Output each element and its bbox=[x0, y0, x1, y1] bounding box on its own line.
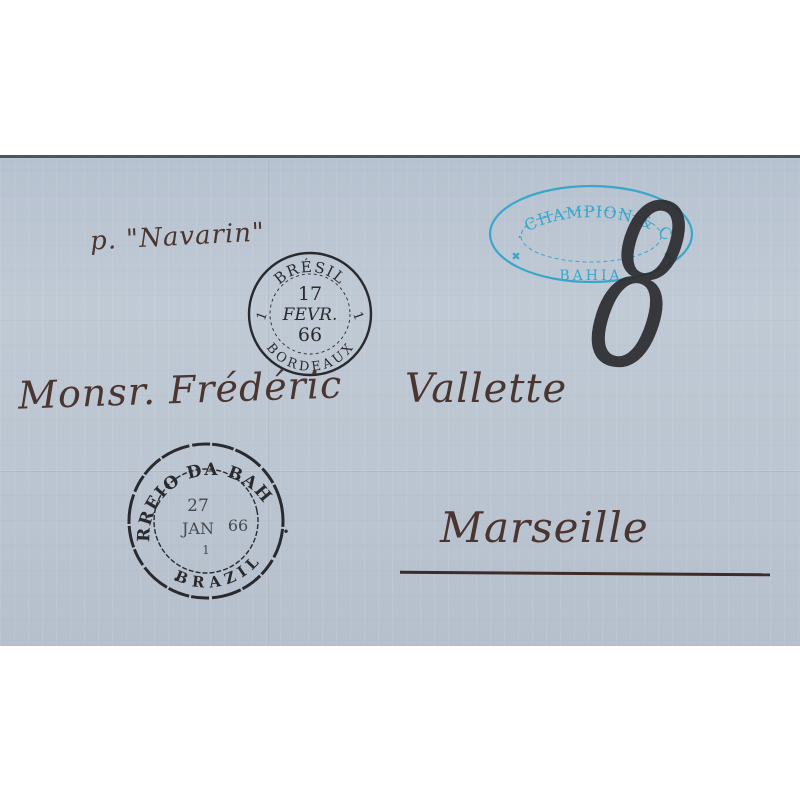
bahia-bottom-text: BRAZIL bbox=[169, 549, 268, 600]
address-underline bbox=[400, 571, 770, 577]
cachet-ornament-left: ✖ bbox=[511, 250, 520, 263]
bordeaux-entry-postmark: BRÉSIL BORDEAUX 17 FEVR. 66 1 1 bbox=[246, 250, 374, 378]
bahia-index: 1 bbox=[202, 543, 210, 557]
bordeaux-year: 66 bbox=[298, 324, 322, 346]
bahia-year: 66 bbox=[228, 516, 248, 535]
bahia-departure-postmark: CORREIO DA BAHIA BRAZIL 27 JAN 66 1 • • bbox=[116, 436, 296, 606]
ship-routing-endorsement: p. "Navarin" bbox=[89, 217, 265, 256]
bahia-month: JAN bbox=[180, 519, 214, 538]
bordeaux-day: 17 bbox=[298, 283, 322, 305]
bahia-ornament-left: • bbox=[172, 573, 179, 587]
address-addressee-line: Monsr. Frédéric bbox=[17, 362, 343, 417]
bordeaux-side-mark-right: 1 bbox=[349, 310, 366, 323]
bordeaux-side-mark-left: 1 bbox=[254, 310, 271, 323]
bahia-day: 27 bbox=[187, 496, 209, 516]
postal-cover: p. "Navarin" E. CHAMPION & Cº BAHIA ✖ ✖ … bbox=[0, 155, 800, 646]
bordeaux-month: FEVR. bbox=[282, 305, 338, 325]
bahia-ornament-right: • bbox=[282, 525, 289, 539]
address-city-line: Marseille bbox=[440, 503, 649, 552]
address-surname-line: Vallette bbox=[405, 366, 567, 412]
